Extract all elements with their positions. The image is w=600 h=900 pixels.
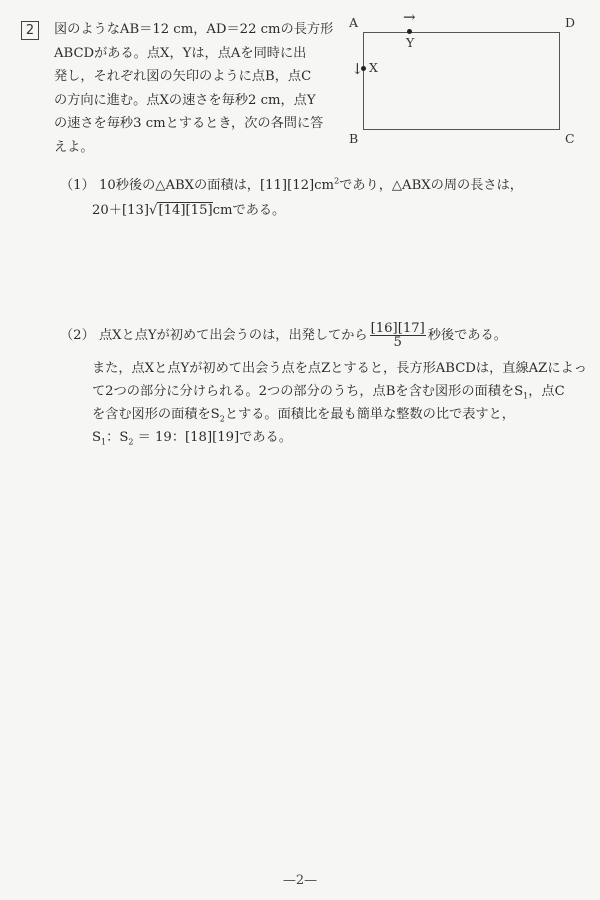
q1-text: 10秒後の△ABXの面積は，	[99, 178, 260, 193]
intro-line: えよ。	[54, 136, 294, 160]
q1-label: （1）	[60, 178, 95, 193]
page-number: —2—	[0, 873, 600, 888]
answer-blank-18: [18]	[185, 430, 212, 445]
q2-text: ，点C	[528, 384, 564, 399]
vertex-label-a: A	[349, 15, 358, 30]
q2-line-5: S1：S2 ＝ 19：[18][19]である。	[92, 426, 292, 447]
intro-line: の速さを毎秒3 cmとするとき，次の各問に答	[54, 112, 294, 136]
answer-blank-16-17: [16][17]	[370, 322, 426, 336]
answer-blank-13: [13]	[122, 203, 149, 218]
q1-line-1: （1） 10秒後の△ABXの面積は，[11][12]cm2であり，△ABXの周の…	[60, 174, 523, 193]
vertex-label-c: C	[565, 131, 575, 146]
problem-number-box: 2	[21, 21, 39, 40]
unit-cm: cm	[314, 178, 334, 193]
q2-text: て2つの部分に分けられる。2つの部分のうち，点Bを含む図形の面積をS	[92, 384, 523, 399]
q2-text: S	[92, 430, 101, 445]
problem-intro: 図のようなAB＝12 cm，AD＝22 cmの長方形 ABCDがある。点X，Yは…	[54, 18, 294, 159]
point-label-x: X	[369, 60, 378, 75]
answer-blank-15: [15]	[186, 203, 213, 218]
intro-line: 発し，それぞれ図の矢印のように点B，点C	[54, 65, 294, 89]
q2-text: ＝ 19：	[133, 430, 185, 445]
vertex-label-d: D	[565, 15, 575, 30]
q2-text: 点Xと点Yが初めて出会うのは，出発してから	[99, 328, 368, 343]
q2-line-3: て2つの部分に分けられる。2つの部分のうち，点Bを含む図形の面積をS1，点C	[92, 380, 565, 401]
q2-text: を含む図形の面積をS	[92, 407, 220, 422]
q1-text: であり，△ABXの周の長さは，	[339, 178, 523, 193]
point-label-y: Y	[406, 35, 414, 50]
answer-blank-19: [19]	[212, 430, 239, 445]
point-y-dot	[407, 29, 412, 34]
q1-text: 20＋	[92, 203, 122, 218]
q2-label: （2）	[60, 328, 95, 343]
vertex-label-b: B	[349, 131, 358, 146]
fraction-denominator: 5	[370, 336, 426, 349]
answer-blank-14: [14]	[158, 203, 185, 218]
answer-blank-11: [11]	[260, 178, 287, 193]
answer-blank-12: [12]	[287, 178, 314, 193]
q2-text: である。	[239, 430, 292, 445]
arrow-right-icon: →	[403, 8, 416, 26]
intro-line: 図のようなAB＝12 cm，AD＝22 cmの長方形	[54, 18, 294, 42]
arrow-down-icon: ↓	[351, 60, 364, 78]
q2-line-1: （2） 点Xと点Yが初めて出会うのは，出発してから[16][17]5秒後である。	[60, 322, 507, 349]
intro-line: ABCDがある。点X，Yは，点Aを同時に出	[54, 42, 294, 66]
q2-text: ：	[106, 430, 119, 445]
q2-text: 秒後である。	[428, 328, 507, 343]
q2-line-4: を含む図形の面積をS2とする。面積比を最も簡単な整数の比で表すと，	[92, 403, 515, 424]
q2-text: とする。面積比を最も簡単な整数の比で表すと，	[225, 407, 515, 422]
q1-text: cmである。	[213, 203, 286, 218]
q1-line-2: 20＋[13]√[14][15]cmである。	[92, 199, 285, 218]
q2-line-2: また，点Xと点Yが初めて出会う点を点Zとすると，長方形ABCDは，直線AZによっ	[92, 357, 587, 376]
intro-line: の方向に進む。点Xの速さを毎秒2 cm，点Y	[54, 89, 294, 113]
rectangle-abcd	[363, 32, 560, 130]
fraction: [16][17]5	[370, 322, 426, 349]
